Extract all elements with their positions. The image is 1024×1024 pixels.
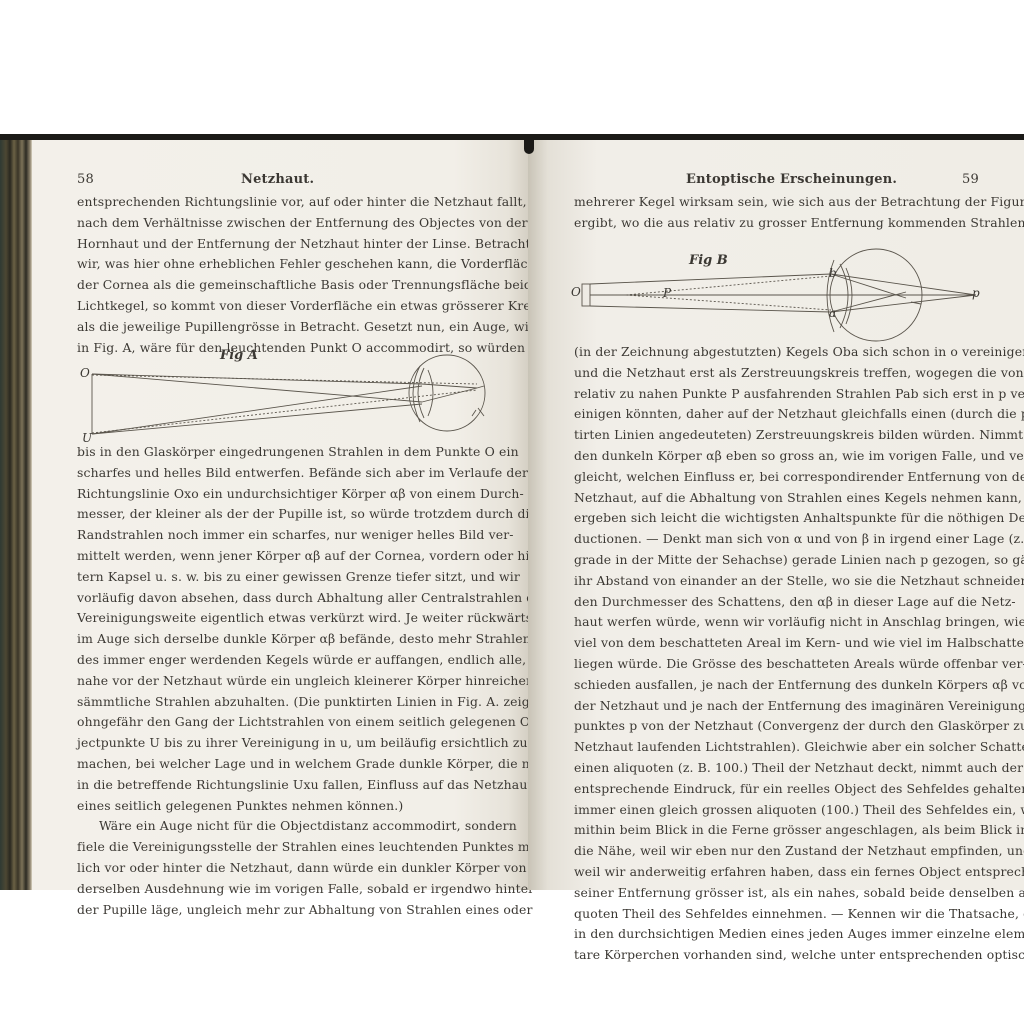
text-line: des immer enger werdenden Kegels würde e… (77, 650, 480, 671)
text-line: ohngefähr den Gang der Lichtstrahlen von… (77, 712, 480, 733)
text-line: der Cornea als die gemeinschaftliche Bas… (77, 275, 480, 296)
text-line: mittelt werden, wenn jener Körper αβ auf… (77, 546, 480, 567)
text-line: als die jeweilige Pupillengrösse in Betr… (77, 317, 480, 338)
text-line: in den durchsichtigen Medien eines jeden… (574, 924, 980, 945)
text-line: im Auge sich derselbe dunkle Körper αβ b… (77, 629, 480, 650)
text-line: Netzhaut laufenden Lichtstrahlen). Gleic… (574, 737, 980, 758)
text-line: relativ zu nahen Punkte P ausfahrenden S… (574, 384, 980, 405)
right-page: Entoptische Erscheinungen. 59 mehrerer K… (528, 140, 1024, 890)
figure-b-point-p-near: P (663, 286, 671, 300)
text-line: in die betreffende Richtungslinie Uxu fa… (77, 775, 480, 796)
text-line: schieden ausfallen, je nach der Entfernu… (574, 675, 980, 696)
text-line: immer einen gleich grossen aliquoten (10… (574, 800, 980, 821)
text-line: den Durchmesser des Schattens, den αβ in… (574, 592, 980, 613)
text-line: eines seitlich gelegenen Punktes nehmen … (77, 796, 480, 817)
text-line: punktes p von der Netzhaut (Convergenz d… (574, 716, 980, 737)
text-line: und die Netzhaut erst als Zerstreuungskr… (574, 363, 980, 384)
text-line: derselben Ausdehnung wie im vorigen Fall… (77, 879, 480, 900)
figure-a-point-o: O (80, 366, 90, 380)
text-line: ergeben sich leicht die wichtigsten Anha… (574, 508, 980, 529)
text-line: lich vor oder hinter die Netzhaut, dann … (77, 858, 480, 879)
text-line: tern Kapsel u. s. w. bis zu einer gewiss… (77, 567, 480, 588)
text-line: nahe vor der Netzhaut würde ein ungleich… (77, 671, 480, 692)
text-line: viel von dem beschatteten Areal im Kern-… (574, 633, 980, 654)
left-page: 58 Netzhaut. entsprechenden Richtungslin… (32, 140, 528, 890)
left-text-top: entsprechenden Richtungslinie vor, auf o… (77, 192, 480, 358)
figure-b-point-o: O (571, 285, 581, 299)
figure-a-label: Fig A (220, 348, 258, 363)
text-line: einen aliquoten (z. B. 100.) Theil der N… (574, 758, 980, 779)
text-line: Vereinigungsweite eigentlich etwas verkü… (77, 608, 480, 629)
text-line: gleicht, welchen Einfluss er, bei corres… (574, 467, 980, 488)
running-head-right: Entoptische Erscheinungen. (686, 172, 897, 187)
text-line: der Pupille läge, ungleich mehr zur Abha… (77, 900, 480, 921)
text-line: nach dem Verhältnisse zwischen der Entfe… (77, 213, 480, 234)
text-line: weil wir anderweitig erfahren haben, das… (574, 862, 980, 883)
text-line: entsprechende Eindruck, für ein reelles … (574, 779, 980, 800)
text-line: Hornhaut und der Entfernung der Netzhaut… (77, 234, 480, 255)
text-line: Wäre ein Auge nicht für die Objectdistan… (77, 816, 480, 837)
text-line: fiele die Vereinigungsstelle der Strahle… (77, 837, 480, 858)
text-line: machen, bei welcher Lage und in welchem … (77, 754, 480, 775)
text-line: messer, der kleiner als der der Pupille … (77, 504, 480, 525)
text-line: entsprechenden Richtungslinie vor, auf o… (77, 192, 480, 213)
text-line: vorläufig davon absehen, dass durch Abha… (77, 588, 480, 609)
right-text-top: mehrerer Kegel wirksam sein, wie sich au… (574, 192, 980, 234)
text-line: grade in der Mitte der Sehachse) gerade … (574, 550, 980, 571)
book-cover-edge (0, 140, 32, 890)
figure-b-point-p-far: p (972, 286, 980, 300)
text-line: einigen könnten, daher auf der Netzhaut … (574, 404, 980, 425)
text-line: der Netzhaut und je nach der Entfernung … (574, 696, 980, 717)
text-line: Richtungslinie Oxo ein undurchsichtiger … (77, 484, 480, 505)
text-line: bis in den Glaskörper eingedrungenen Str… (77, 442, 480, 463)
page-number-left: 58 (77, 172, 94, 187)
right-text-bottom: (in der Zeichnung abgestutzten) Kegels O… (574, 342, 980, 966)
text-line: den dunkeln Körper αβ eben so gross an, … (574, 446, 980, 467)
text-line: sämmtliche Strahlen abzuhalten. (Die pun… (77, 692, 480, 713)
text-line: (in der Zeichnung abgestutzten) Kegels O… (574, 342, 980, 363)
figure-b-point-b: b (829, 266, 837, 280)
text-line: mehrerer Kegel wirksam sein, wie sich au… (574, 192, 980, 213)
text-line: ihr Abstand von einander an der Stelle, … (574, 571, 980, 592)
figure-a-eye-diagram (72, 338, 492, 450)
text-line: quoten Theil des Sehfeldes einnehmen. — … (574, 904, 980, 925)
text-line: ductionen. — Denkt man sich von α und vo… (574, 529, 980, 550)
text-line: jectpunkte U bis zu ihrer Vereinigung in… (77, 733, 480, 754)
text-line: liegen würde. Die Grösse des beschattete… (574, 654, 980, 675)
text-line: Randstrahlen noch immer ein scharfes, nu… (77, 525, 480, 546)
text-line: Netzhaut, auf die Abhaltung von Strahlen… (574, 488, 980, 509)
running-head-left: Netzhaut. (241, 172, 314, 187)
text-line: tare Körperchen vorhanden sind, welche u… (574, 945, 980, 966)
text-line: scharfes und helles Bild entwerfen. Befä… (77, 463, 480, 484)
figure-b-point-a: a (829, 306, 836, 320)
text-line: seiner Entfernung grösser ist, als ein n… (574, 883, 980, 904)
text-line: wir, was hier ohne erheblichen Fehler ge… (77, 254, 480, 275)
left-text-bottom: bis in den Glaskörper eingedrungenen Str… (77, 442, 480, 920)
text-line: ergibt, wo die aus relativ zu grosser En… (574, 213, 980, 234)
text-line: Lichtkegel, so kommt von dieser Vorderfl… (77, 296, 480, 317)
text-line: die Nähe, weil wir eben nur den Zustand … (574, 841, 980, 862)
text-line: haut werfen würde, wenn wir vorläufig ni… (574, 612, 980, 633)
figure-b-eye-diagram (566, 240, 986, 350)
figure-b-label: Fig B (689, 253, 728, 268)
text-line: mithin beim Blick in die Ferne grösser a… (574, 820, 980, 841)
book-gutter (524, 134, 534, 154)
text-line: tirten Linien angedeuteten) Zerstreuungs… (574, 425, 980, 446)
page-number-right: 59 (962, 172, 979, 187)
